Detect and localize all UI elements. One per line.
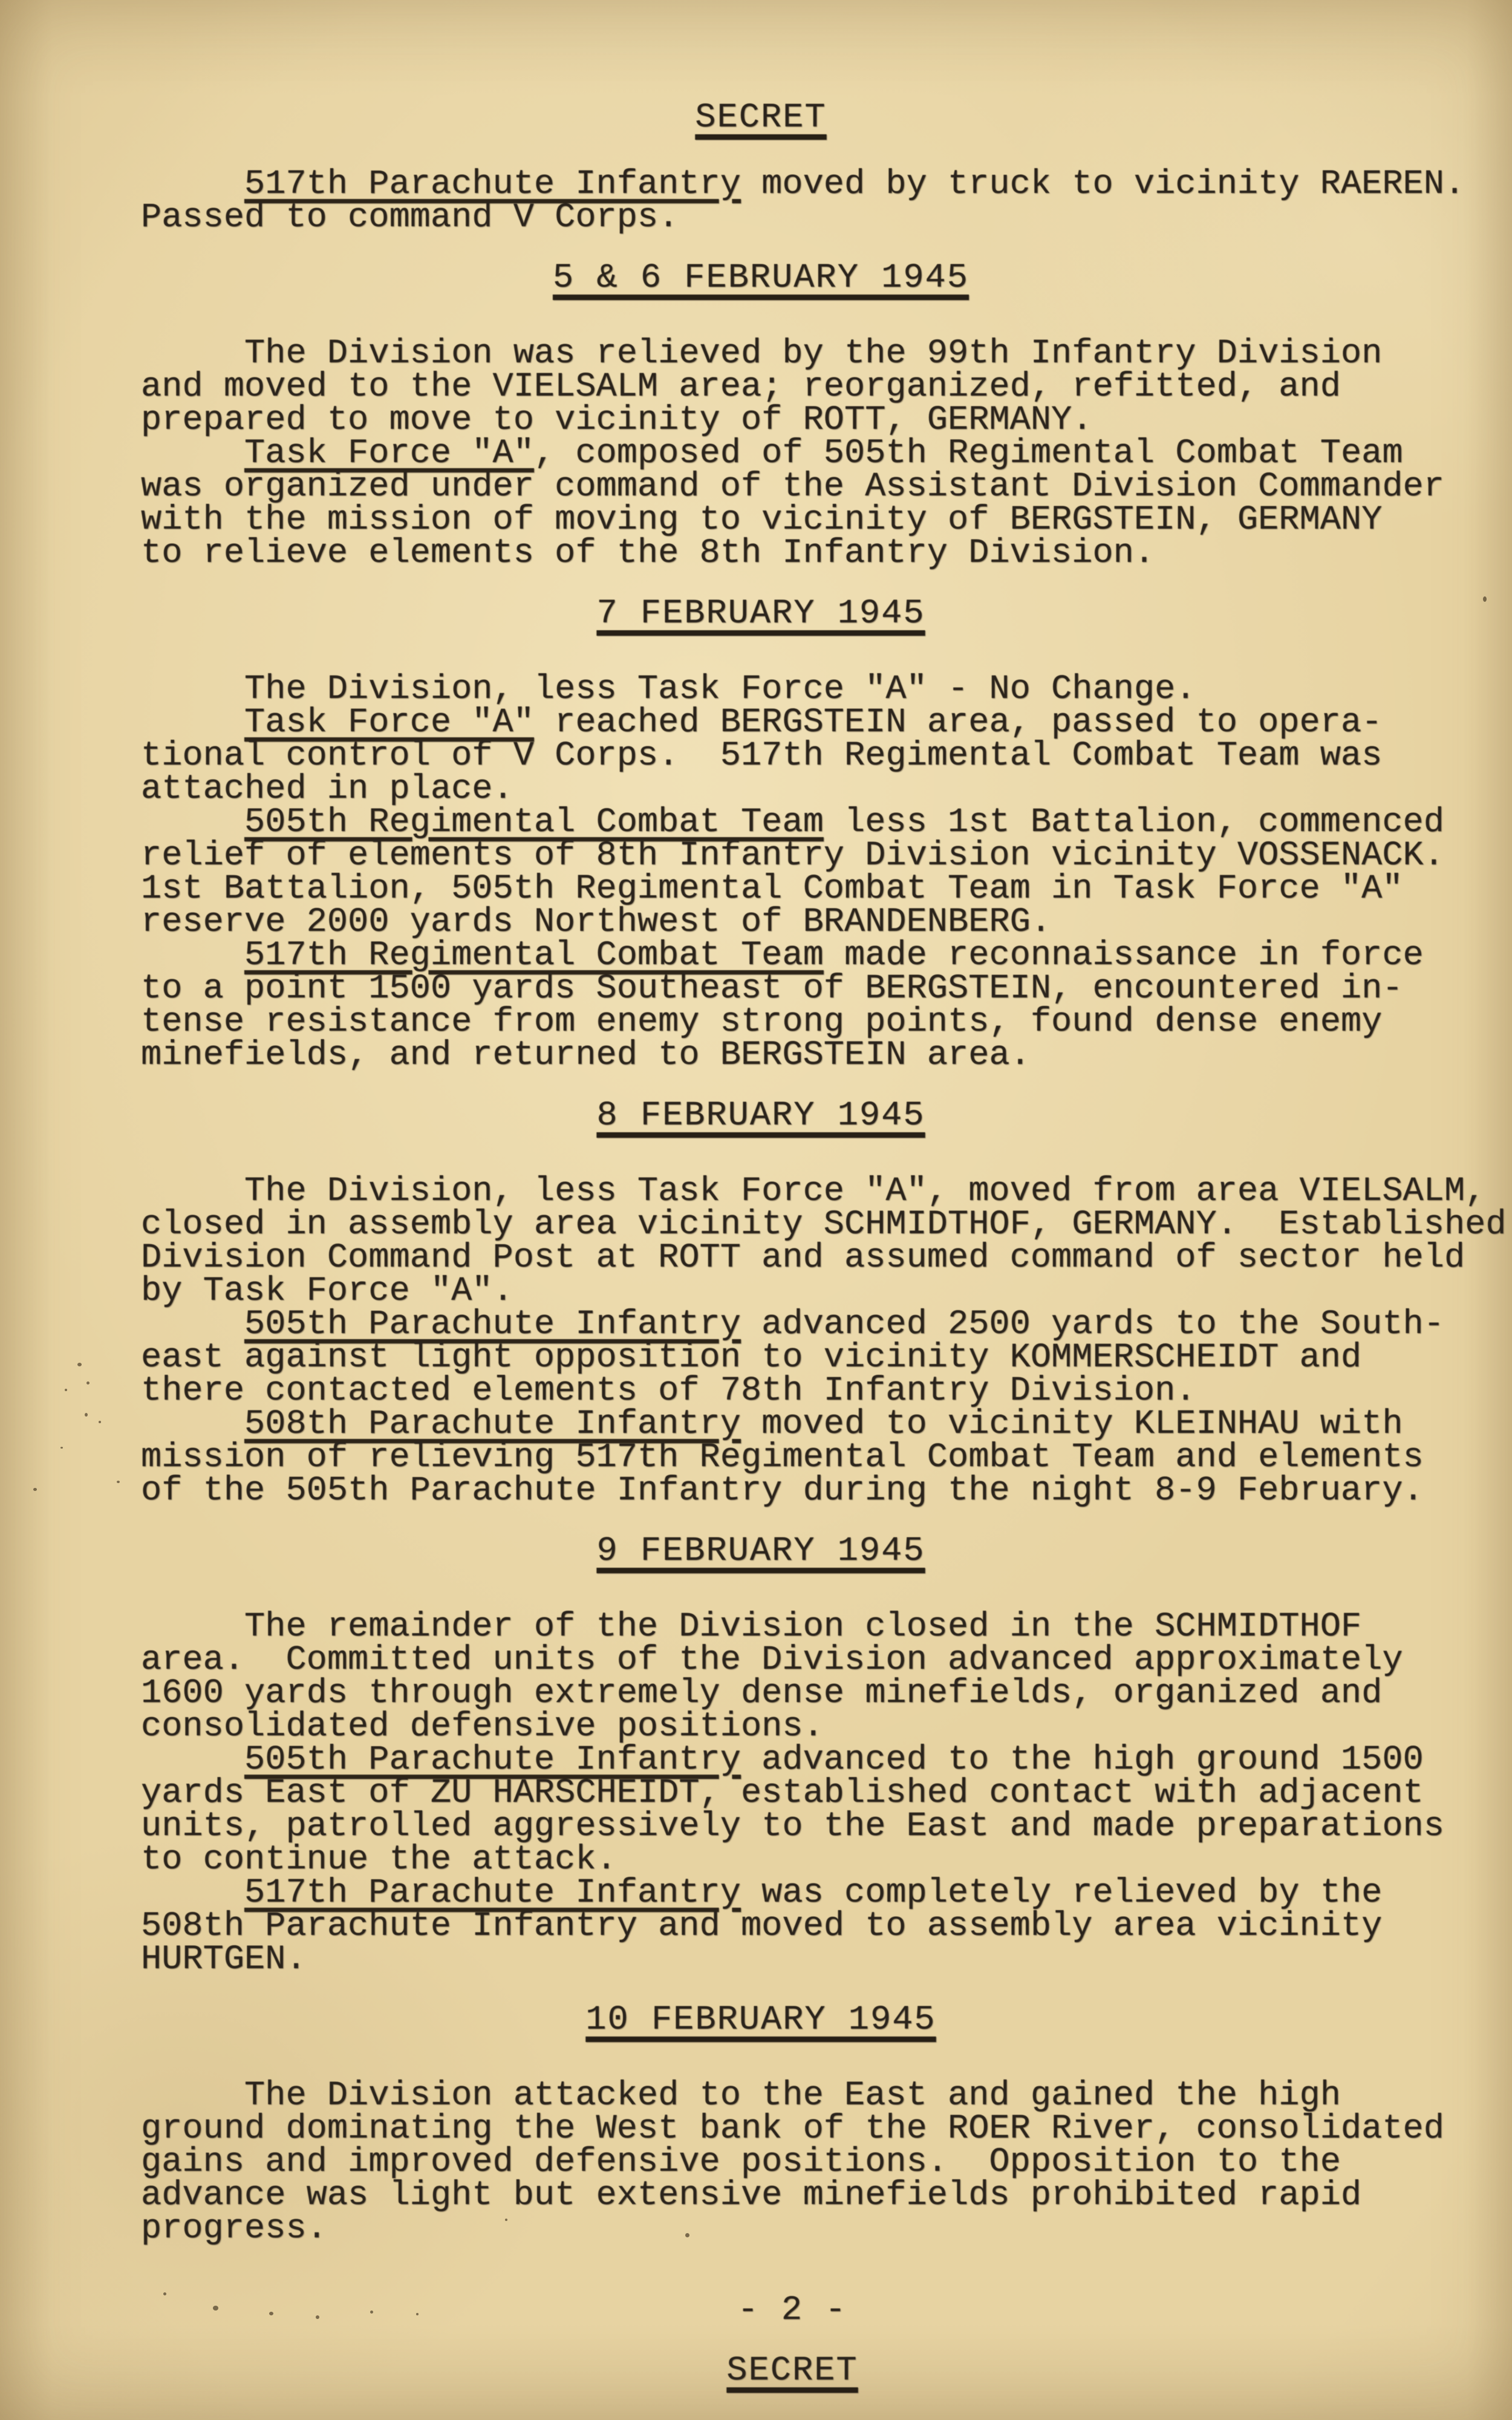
heading-5-6-february-1945: 5 & 6 FEBRUARY 1945: [5, 262, 1512, 295]
text-line: 1st Battalion, 505th Regimental Combat T…: [0, 873, 1512, 906]
text-line: gains and improved defensive positions. …: [0, 2146, 1512, 2179]
text-line: attached in place.: [0, 773, 1512, 806]
paper-speck: [269, 2312, 273, 2315]
paper-speck: [85, 1413, 88, 1417]
heading-8-february-1945: 8 FEBRUARY 1945: [5, 1100, 1512, 1133]
text-line: by Task Force "A".: [0, 1275, 1512, 1308]
para-505-high-ground: 505th Parachute Infantry advanced to the…: [0, 1744, 1512, 1877]
text-segment: progress.: [141, 2210, 327, 2248]
text-line: area. Committed units of the Division ad…: [0, 1644, 1512, 1677]
paper-speck: [86, 1381, 90, 1384]
text-line: tense resistance from enemy strong point…: [0, 1006, 1512, 1039]
para-division-vielsalm-move: The Division, less Task Force "A", moved…: [0, 1175, 1512, 1308]
text-segment: of the 505th Parachute Infantry during t…: [141, 1472, 1424, 1510]
paper-speck: [65, 1389, 67, 1391]
text-line: closed in assembly area vicinity SCHMIDT…: [0, 1208, 1512, 1242]
text-line: of the 505th Parachute Infantry during t…: [0, 1475, 1512, 1508]
text-line: The Division was relieved by the 99th In…: [0, 338, 1512, 371]
text-line: 517th Regimental Combat Team made reconn…: [0, 939, 1512, 973]
text-line: to continue the attack.: [0, 1844, 1512, 1877]
text-line: mission of relieving 517th Regimental Co…: [0, 1441, 1512, 1475]
para-division-attacked-roer: The Division attacked to the East and ga…: [0, 2079, 1512, 2246]
text-segment: Passed to command V Corps.: [141, 198, 679, 237]
para-505-advance-kommerscheidt: 505th Parachute Infantry advanced 2500 y…: [0, 1308, 1512, 1408]
document-body: SECRET 517th Parachute Infantry moved by…: [0, 0, 1512, 2420]
para-508-kleinhau: 508th Parachute Infantry moved to vicini…: [0, 1408, 1512, 1508]
text-line: Passed to command V Corps.: [0, 201, 1512, 235]
text-line: with the mission of moving to vicinity o…: [0, 504, 1512, 537]
text-line: The Division, less Task Force "A" - No C…: [0, 673, 1512, 706]
text-line: 508th Parachute Infantry moved to vicini…: [0, 1408, 1512, 1441]
heading-text: 5 & 6 FEBRUARY 1945: [553, 259, 969, 298]
text-line: yards East of ZU HARSCHEIDT, established…: [0, 1777, 1512, 1810]
para-517-relieved: 517th Parachute Infantry was completely …: [0, 1877, 1512, 1977]
page-number: - 2 -: [36, 2294, 1512, 2327]
text-line: to relieve elements of the 8th Infantry …: [0, 537, 1512, 570]
paper-speck: [416, 2313, 419, 2315]
text-segment: to relieve elements of the 8th Infantry …: [141, 534, 1155, 573]
heading-9-february-1945: 9 FEBRUARY 1945: [5, 1535, 1512, 1568]
text-line: 517th Parachute Infantry moved by truck …: [0, 168, 1512, 201]
text-line: The Division attacked to the East and ga…: [0, 2079, 1512, 2113]
heading-text: 7 FEBRUARY 1945: [596, 595, 925, 633]
text-segment: HURTGEN.: [141, 1940, 307, 1979]
text-line: ground dominating the West bank of the R…: [0, 2113, 1512, 2146]
text-line: to a point 1500 yards Southeast of BERGS…: [0, 973, 1512, 1006]
para-division-no-change: The Division, less Task Force "A" - No C…: [0, 673, 1512, 706]
text-line: Task Force "A" reached BERGSTEIN area, p…: [0, 706, 1512, 740]
paper-speck: [163, 2292, 166, 2295]
paper-speck: [60, 1447, 63, 1449]
heading-text: SECRET: [695, 99, 826, 137]
document-page: SECRET 517th Parachute Infantry moved by…: [0, 0, 1512, 2420]
heading-text: 10 FEBRUARY 1945: [585, 2001, 936, 2040]
classification-bottom: SECRET: [36, 2355, 1512, 2388]
para-task-force-a-organized: Task Force "A", composed of 505th Regime…: [0, 437, 1512, 570]
text-segment: minefields, and returned to BERGSTEIN ar…: [141, 1036, 1031, 1075]
text-line: advance was light but extensive minefiel…: [0, 2179, 1512, 2213]
heading-7-february-1945: 7 FEBRUARY 1945: [5, 598, 1512, 631]
heading-text: 9 FEBRUARY 1945: [596, 1532, 925, 1571]
text-line: minefields, and returned to BERGSTEIN ar…: [0, 1039, 1512, 1072]
paper-speck: [1354, 183, 1357, 186]
heading-text: SECRET: [726, 2352, 858, 2390]
para-remainder-schmidthof: The remainder of the Division closed in …: [0, 1611, 1512, 1744]
paper-speck: [505, 2219, 507, 2221]
text-line: units, patrolled aggressively to the Eas…: [0, 1810, 1512, 1844]
text-line: progress.: [0, 2213, 1512, 2246]
paper-speck: [685, 2233, 689, 2237]
text-line: 505th Parachute Infantry advanced to the…: [0, 1744, 1512, 1777]
text-line: consolidated defensive positions.: [0, 1711, 1512, 1744]
para-task-force-a-bergstein: Task Force "A" reached BERGSTEIN area, p…: [0, 706, 1512, 806]
text-line: reserve 2000 yards Northwest of BRANDENB…: [0, 906, 1512, 939]
heading-10-february-1945: 10 FEBRUARY 1945: [5, 2004, 1512, 2037]
paper-speck: [99, 1421, 101, 1423]
paper-speck: [316, 2315, 319, 2319]
heading-text: 8 FEBRUARY 1945: [596, 1097, 925, 1135]
text-segment: 508th Parachute Infantry and moved to as…: [141, 1907, 1382, 1946]
text-line: prepared to move to vicinity of ROTT, GE…: [0, 404, 1512, 437]
text-line: east against light opposition to vicinit…: [0, 1342, 1512, 1375]
text-line: Division Command Post at ROTT and assume…: [0, 1242, 1512, 1275]
text-line: there contacted elements of 78th Infantr…: [0, 1375, 1512, 1408]
text-line: 505th Parachute Infantry advanced 2500 y…: [0, 1308, 1512, 1342]
text-line: relief of elements of 8th Infantry Divis…: [0, 840, 1512, 873]
para-division-relieved: The Division was relieved by the 99th In…: [0, 338, 1512, 437]
page-number-text: - 2 -: [737, 2291, 847, 2330]
text-line: 1600 yards through extremely dense minef…: [0, 1677, 1512, 1711]
text-line: was organized under command of the Assis…: [0, 471, 1512, 504]
paper-speck: [77, 1363, 82, 1366]
text-line: 505th Regimental Combat Team less 1st Ba…: [0, 806, 1512, 840]
para-517-raeren: 517th Parachute Infantry moved by truck …: [0, 168, 1512, 235]
paper-speck: [1483, 596, 1487, 602]
text-line: 517th Parachute Infantry was completely …: [0, 1877, 1512, 1910]
text-line: tional control of V Corps. 517th Regimen…: [0, 740, 1512, 773]
paper-speck: [33, 1488, 37, 1491]
classification-top: SECRET: [5, 102, 1512, 135]
paper-speck: [370, 2311, 373, 2314]
text-line: and moved to the VIELSALM area; reorgani…: [0, 371, 1512, 404]
text-line: The remainder of the Division closed in …: [0, 1611, 1512, 1644]
paper-speck: [117, 1481, 120, 1483]
paper-speck: [213, 2306, 218, 2311]
para-505-rct-relief: 505th Regimental Combat Team less 1st Ba…: [0, 806, 1512, 939]
text-line: Task Force "A", composed of 505th Regime…: [0, 437, 1512, 471]
text-line: 508th Parachute Infantry and moved to as…: [0, 1910, 1512, 1943]
para-517-rct-reconnaissance: 517th Regimental Combat Team made reconn…: [0, 939, 1512, 1072]
text-line: HURTGEN.: [0, 1943, 1512, 1977]
text-line: The Division, less Task Force "A", moved…: [0, 1175, 1512, 1208]
